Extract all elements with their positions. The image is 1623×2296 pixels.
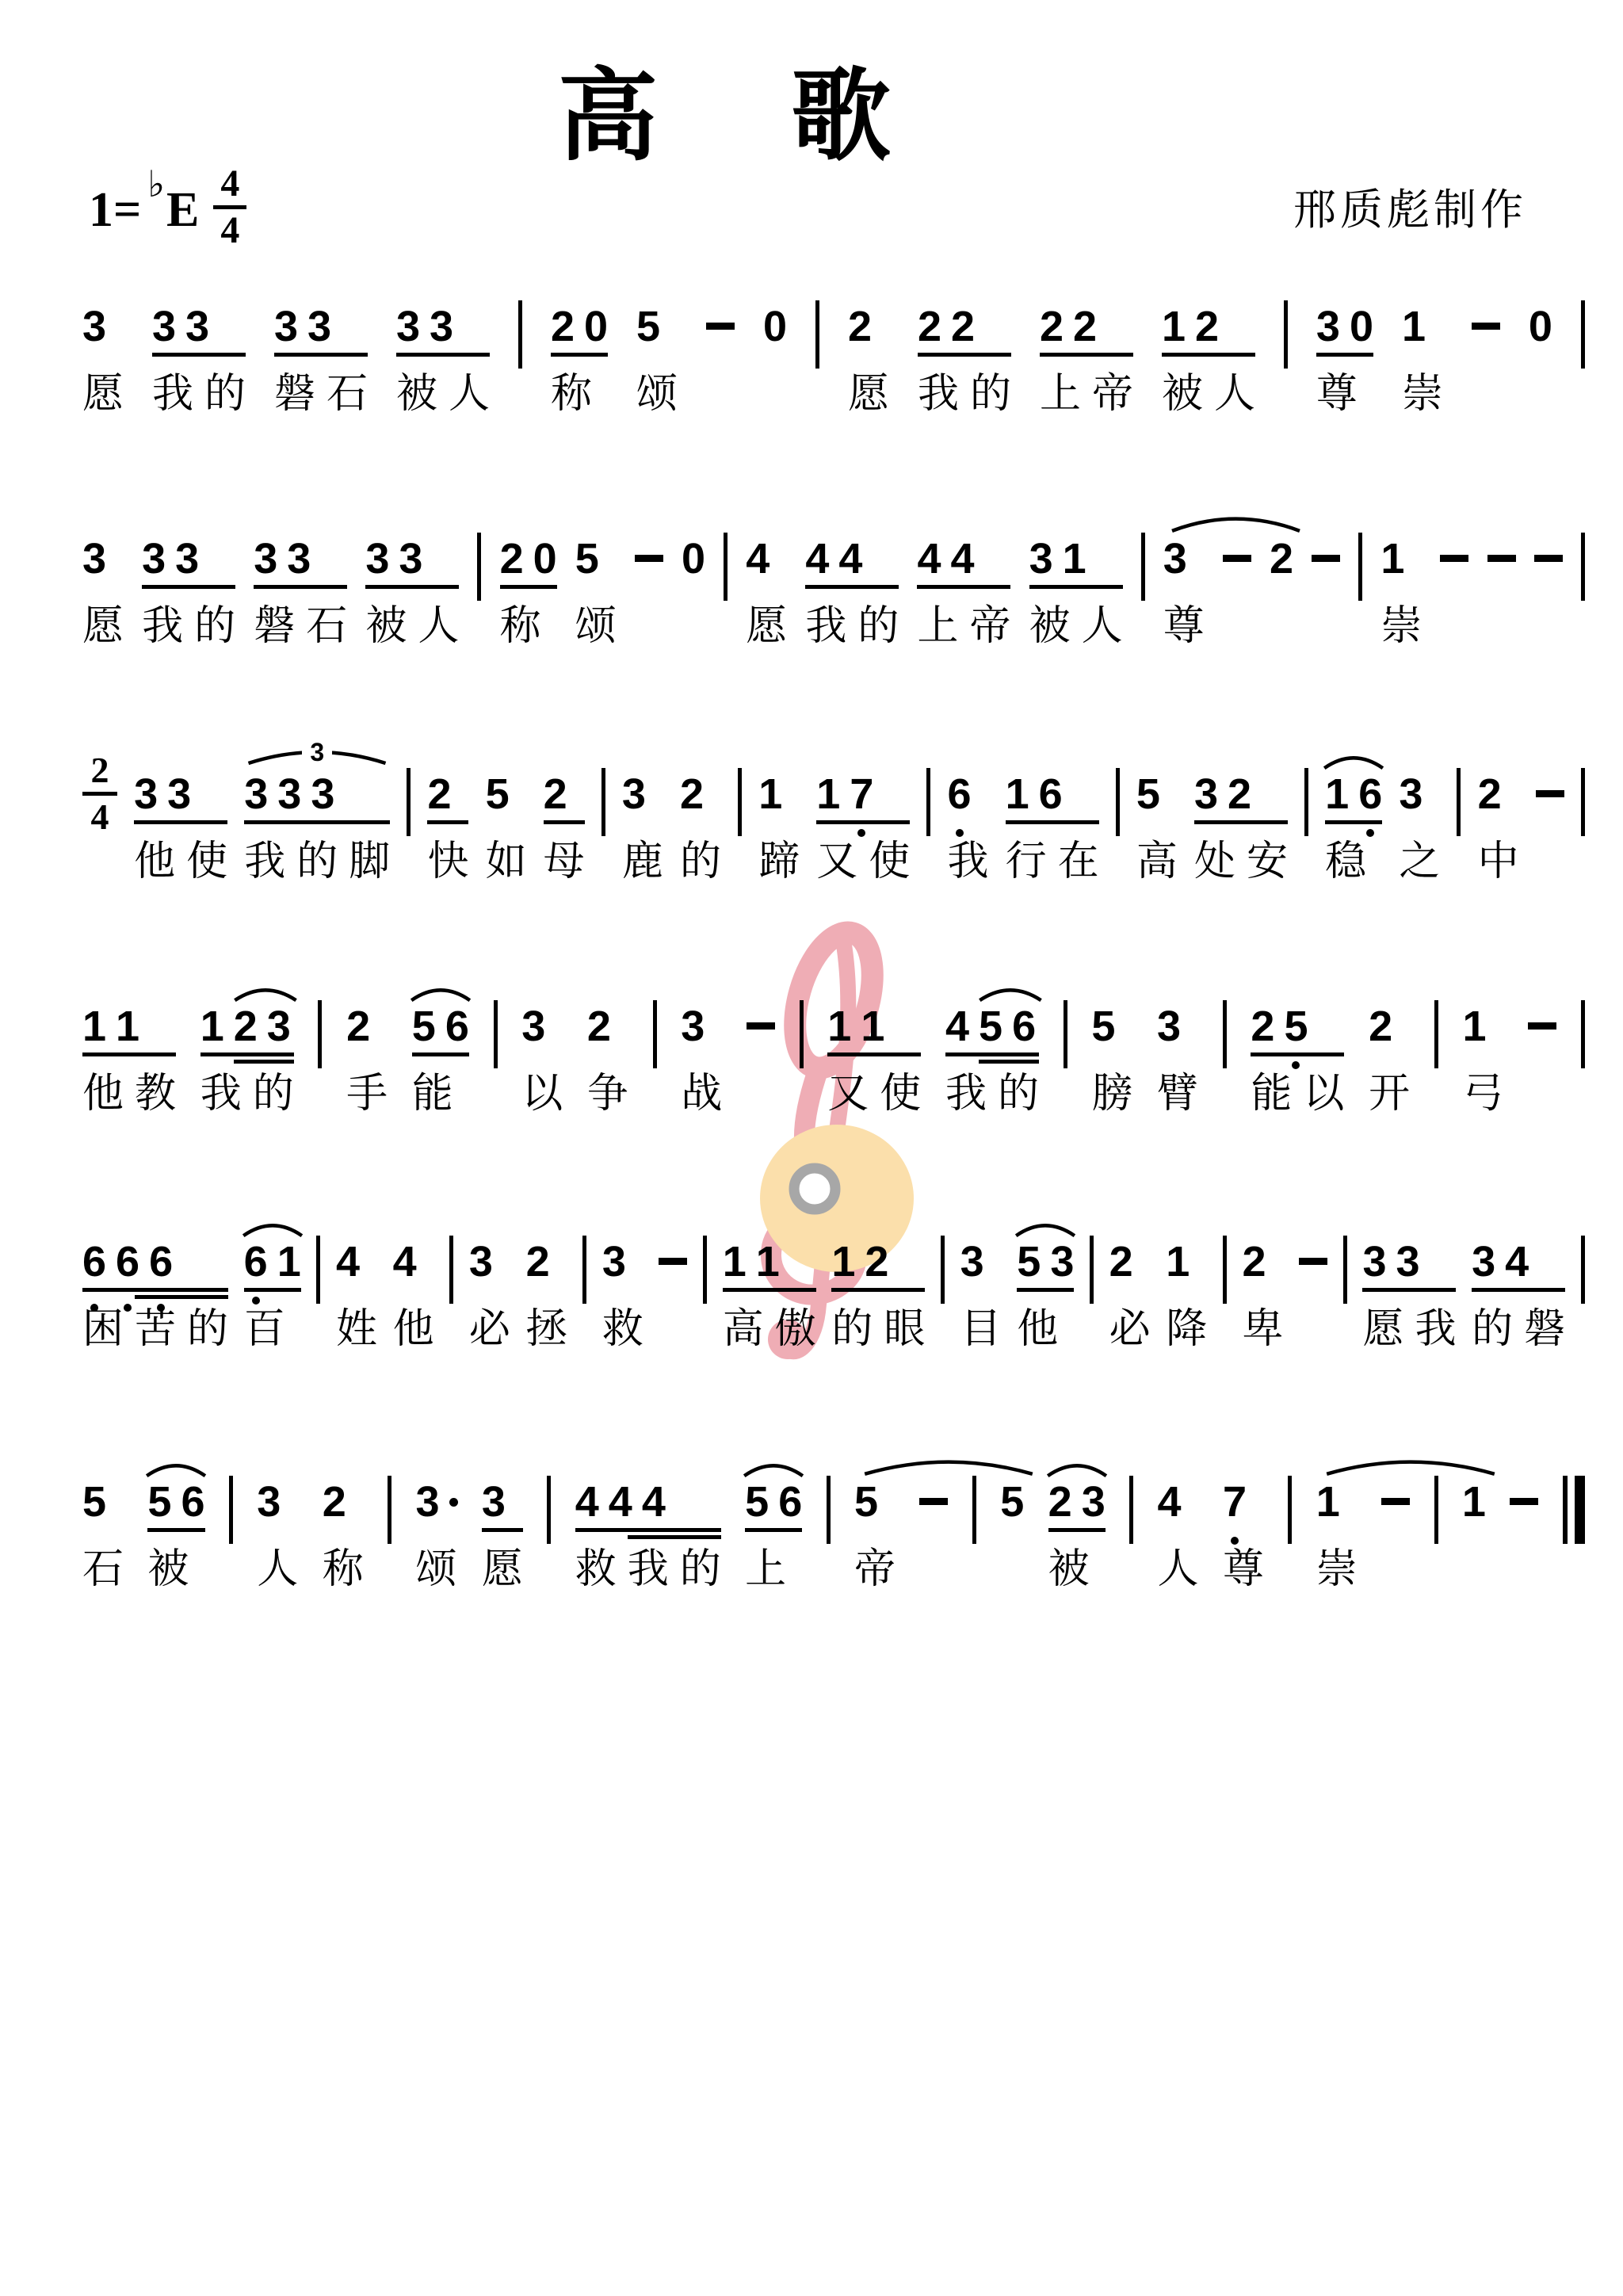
note-digit: 3 [142,537,166,580]
lyric: 蹄 [758,841,800,882]
barline [1284,300,1288,369]
barline [1581,768,1585,836]
note-digits: 5 [575,537,617,580]
note-unit: 33被人 [396,305,490,415]
eighth-underline [1251,1052,1344,1056]
lyric-char: 愿 [482,1549,523,1590]
duration-dash [1534,555,1563,562]
note-digits: 3 [415,1480,457,1523]
lyric-char: 颂 [636,373,678,415]
lyric-char: 上 [1040,373,1081,415]
meter-denominator: 4 [220,212,239,250]
eighth-underline [1316,353,1373,357]
tie-arc [241,1220,304,1237]
note-digit: 3 [960,1240,984,1283]
lyric-char: 臂 [1157,1073,1198,1114]
note-unit: 56被 [147,1480,204,1590]
eighth-underline [412,1052,469,1056]
note-digit: 5 [575,537,599,580]
lyric: 他使 [134,841,227,882]
lyric: 困苦的 [82,1308,228,1350]
note-unit: 4他 [393,1240,434,1350]
note-unit: 5石 [82,1480,124,1590]
note-digit: 5 [854,1480,878,1523]
note-digit: 3 [1396,1240,1419,1283]
lyric-char: 上 [917,606,958,647]
lyric: 拯 [526,1308,567,1350]
note-digit: 2 [1195,305,1219,348]
note-unit: 1弓 [1462,1005,1503,1114]
lyric: 磐石 [274,373,368,415]
lyric: 我的 [805,606,899,647]
note-unit: 17又使 [816,773,910,882]
lyric: 崇 [1381,606,1422,647]
lyric: 能以 [1251,1073,1344,1114]
barline [1129,1476,1133,1544]
lyric: 尊 [1223,1549,1264,1590]
note-digits: 33 [134,773,227,816]
note-digit: 5 [486,773,510,816]
note-digits: 56 [147,1480,204,1523]
note-unit: 33我的 [142,537,235,647]
lyric-char: 被 [1162,373,1203,415]
lyric-char: 上 [745,1549,786,1590]
lyric: 愿 [848,373,889,415]
lyric-char: 尊 [1316,373,1358,415]
lyric-char: 帝 [854,1549,896,1590]
staff-line-5: 666困苦的61百4姓4他3必2拯3救11高傲12的眼3目53他2必1降2卑33… [82,1217,1585,1350]
lyric-char: 石 [306,606,347,647]
note-digit: 3 [287,537,311,580]
lyric-char: 称 [323,1549,364,1590]
note-digit: 2 [680,773,704,816]
lyric-char: 我 [142,606,183,647]
barline [601,768,605,836]
note-digit: 0 [763,305,787,348]
note-digit: 3 [482,1480,506,1523]
note-unit: 11他教 [82,1005,176,1114]
note-digits: 33 [365,537,459,580]
lyric-char: 安 [1247,841,1288,882]
lyric: 的磐 [1472,1308,1565,1350]
title-char-1: 高 [558,68,658,168]
note-unit: 33我的 [152,305,246,415]
note-unit: 2争 [587,1005,628,1114]
note-unit: 4愿 [746,537,787,647]
note-unit: 44上帝 [917,537,1010,647]
lyric: 弓 [1462,1073,1503,1114]
note-unit: 23被 [1048,1480,1106,1590]
note-digits: 2 [848,305,889,348]
credit: 邢质彪制作 [1293,189,1527,231]
eighth-underline [152,353,246,357]
note-digits: 23 [1048,1480,1106,1523]
barline [1223,1000,1227,1068]
lyric-char: 拯 [526,1308,567,1350]
note-digit: 4 [1505,1240,1529,1283]
note-digits: 4 [393,1240,434,1283]
note-digits: 2 [346,1005,388,1048]
lyric-char: 愿 [746,606,787,647]
lyric-char: 膀 [1091,1073,1132,1114]
note-digit: 1 [723,1240,747,1283]
duration-dash [1528,1022,1556,1030]
note-digits: 0 [682,537,705,580]
lyric-char: 他 [393,1308,434,1350]
note-digit: 1 [1006,773,1029,816]
lyric-char: 能 [412,1073,453,1114]
note-digit: 2 [918,305,941,348]
note-digits: 33 [254,537,347,580]
note-digit: 4 [642,1480,666,1523]
lyric: 尊 [1163,606,1205,647]
note-unit: 7尊 [1223,1480,1264,1590]
lyric: 处安 [1194,841,1288,882]
note-digit: 3 [399,537,422,580]
lyric-char: 愿 [82,373,124,415]
lyric-char: 快 [427,841,468,882]
note-digit: 3 [257,1480,281,1523]
lyric-char: 又 [827,1073,869,1114]
barline [1116,768,1120,836]
tie-arc-cross [857,1455,1040,1476]
duration-dash [1536,790,1564,797]
note-unit: 5帝 [854,1480,896,1590]
note-digit: 1 [861,1005,884,1048]
flat-icon: ♭ [147,166,165,203]
lyric-char: 使 [186,841,227,882]
lyric-char: 又 [816,841,857,882]
note-digit: 6 [778,1480,802,1523]
note-digit: 6 [948,773,972,816]
barline [477,533,481,601]
note-digits: 1 [758,773,800,816]
lyric: 能 [412,1073,469,1114]
lyric-char: 愿 [1362,1308,1403,1350]
note-digit: 2 [1109,1240,1133,1283]
note-unit: 56能 [412,1005,469,1114]
note-digit: 4 [575,1480,599,1523]
key-prefix: 1= [89,185,141,235]
note-unit: 5颂 [636,305,678,415]
note-unit: 3以 [521,1005,563,1114]
note-digits: 1 [1166,1240,1207,1283]
note-digit: 4 [336,1240,360,1283]
lyric-char: 行 [1006,841,1047,882]
lyric-char: 被 [1048,1549,1090,1590]
lyric-char: 颂 [575,606,617,647]
note-unit: 1崇 [1381,537,1422,647]
lyric-char: 姓 [336,1308,377,1350]
note-digit: 1 [1462,1480,1486,1523]
lyric-char: 石 [327,373,368,415]
note-unit: 2称 [323,1480,364,1590]
note-digits: 5 [1000,1480,1024,1523]
lyric: 的 [680,841,721,882]
key-signature: 1= ♭ E 4 4 [89,165,246,250]
barline [1581,300,1585,369]
note-digit: 2 [848,305,872,348]
note-digits: 3 [82,305,124,348]
lyric-char: 傲 [775,1308,816,1350]
note-digit: 0 [1350,305,1373,348]
lyric-char: 我 [945,1073,987,1114]
note-digits: 3 [521,1005,563,1048]
note-digit: 5 [1136,773,1160,816]
eighth-underline [831,1288,925,1292]
lyric: 手 [346,1073,388,1114]
note-digits: 12 [1162,305,1255,348]
note-digits: 2 [1109,1240,1151,1283]
lyric: 上 [745,1549,802,1590]
lyric-char: 我 [948,841,989,882]
note-digit: 3 [267,1005,291,1048]
tie-arc [1045,1460,1109,1477]
duration-dash [1381,1498,1410,1505]
lyric: 颂 [636,373,678,415]
note-digits: 3 [681,1005,722,1048]
sixteenth-underline [628,1535,721,1539]
staff-line-1: 3愿33我的33磐石33被人20称5颂02愿22我的22上帝12被人30尊1崇0 [82,281,1585,415]
lyric: 我的 [945,1073,1039,1114]
lyric: 必 [1109,1308,1151,1350]
note-digit: 3 [1082,1480,1106,1523]
note-digit: 2 [1228,773,1251,816]
eighth-underline [917,585,1010,589]
note-digits: 0 [1529,305,1552,348]
note-unit: 0 [763,305,787,373]
lyric-char: 降 [1166,1308,1207,1350]
note-digits: 3 [469,1240,510,1283]
note-digits: 2 [1270,537,1293,580]
note-digits: 56 [412,1005,469,1048]
barline [1141,533,1145,601]
lyric-char: 手 [346,1073,388,1114]
note-digit: 6 [1039,773,1063,816]
tie-arc [1322,752,1385,770]
note-unit: 2 [1270,537,1293,606]
note-unit: 16行在 [1006,773,1099,882]
note-unit: 4人 [1158,1480,1199,1590]
eighth-underline [1017,1288,1074,1292]
barline [547,1476,551,1544]
note-digit: 2 [323,1480,346,1523]
lyric: 他 [393,1308,434,1350]
eighth-underline [745,1528,802,1532]
sheet-music-page: 高 歌 1= ♭ E 4 4 邢质彪制作 3愿33我的33磐石33被人20称5颂… [0,0,1623,2296]
note-digit: 2 [500,537,524,580]
note-digit: 1 [277,1240,301,1283]
note-unit: 12的眼 [831,1240,925,1350]
note-digit: 3 [365,537,389,580]
note-unit: 44我的 [805,537,899,647]
note-digit: 1 [831,1240,855,1283]
note-digit: 4 [1158,1480,1182,1523]
low-octave-dot [1231,1537,1239,1545]
note-digits: 3 [257,1480,298,1523]
lyric: 人 [1158,1549,1199,1590]
lyric: 必 [469,1308,510,1350]
barline [653,1000,657,1068]
meter-numerator: 4 [220,165,239,203]
note-unit: 3之 [1399,773,1440,882]
note-digit: 4 [945,1005,969,1048]
eighth-underline [945,1052,1039,1056]
lyric: 行在 [1006,841,1099,882]
note-unit: 2中 [1478,773,1519,882]
note-digit: 3 [521,1005,545,1048]
note-digits: 22 [1040,305,1133,348]
title-char-2: 歌 [791,68,891,168]
eighth-underline [805,585,899,589]
note-unit: 2快 [427,773,468,882]
lyric-char: 人 [1214,373,1255,415]
note-digit: 3 [1194,773,1218,816]
barline [972,1476,976,1544]
lyric-char: 能 [1251,1073,1292,1114]
note-digits: 444 [575,1480,721,1523]
note-digits: 5 [1136,773,1178,816]
note-unit: 1降 [1166,1240,1207,1350]
note-unit: 33磐石 [274,305,368,415]
note-unit: 3人 [257,1480,298,1590]
final-bar-thick [1575,1476,1585,1544]
note-digit: 3 [307,305,331,348]
note-digit: 2 [1270,537,1293,580]
lyric-char: 的 [970,373,1011,415]
note-digits: 33 [152,305,246,348]
low-octave-dot [1292,1061,1300,1069]
note-digits: 3 [482,1480,523,1523]
note-digit: 4 [805,537,829,580]
barline [827,1476,831,1544]
barline [518,300,522,369]
note-digits: 3 [602,1240,643,1283]
note-digits: 33 [142,537,235,580]
tie-arc-cross [1319,1455,1502,1476]
note-digits: 20 [500,537,557,580]
note-unit: 33被人 [365,537,459,647]
note-digits: 1 [1316,1480,1358,1523]
lyric-char: 我 [918,373,959,415]
barline [449,1236,453,1304]
duration-dash [1487,555,1516,562]
eighth-underline [1006,820,1099,824]
note-unit: 1蹄 [758,773,800,882]
lyric-char: 弓 [1462,1073,1503,1114]
barline [388,1476,391,1544]
lyric-char: 处 [1194,841,1235,882]
note-digit: 6 [181,1480,204,1523]
note-digits: 3 [1163,537,1205,580]
note-digit: 1 [816,773,840,816]
lyric-char: 我 [244,841,285,882]
lyric: 颂 [415,1549,457,1590]
note-digits: 61 [244,1240,301,1283]
lyric-char: 开 [1369,1073,1410,1114]
barline [1223,1236,1227,1304]
note-digits: 22 [918,305,1011,348]
duration-dash [747,1022,775,1030]
lyric-char: 被 [396,373,437,415]
note-unit: 20称 [551,305,608,415]
lyric-char: 高 [723,1308,764,1350]
eighth-underline [134,820,227,824]
barline [1064,1000,1067,1068]
note-unit: 5如 [486,773,527,882]
eighth-underline [575,1528,721,1532]
note-digits: 456 [945,1005,1039,1048]
note-digits: 11 [82,1005,176,1048]
note-digit: 6 [1012,1005,1036,1048]
note-unit: 33磐石 [254,537,347,647]
barline [1090,1236,1094,1304]
note-digit: 3 [622,773,646,816]
lyric-char: 卑 [1243,1308,1284,1350]
note-digits: 4 [746,537,787,580]
low-octave-dot [1366,829,1374,837]
note-digit: 6 [445,1005,469,1048]
lyric-char: 帝 [969,606,1010,647]
lyric: 如 [486,841,527,882]
note-unit: 31被人 [1029,537,1123,647]
lyric: 姓 [336,1308,377,1350]
note-digit: 1 [758,773,782,816]
lyric: 母 [544,841,585,882]
eighth-underline [147,1528,204,1532]
note-unit: 5 [1000,1480,1024,1549]
barline [229,1476,233,1544]
note-digits: 2 [526,1240,567,1283]
lyric-char: 救 [575,1549,617,1590]
note-digits: 4 [1158,1480,1199,1523]
duration-dash [1299,1258,1327,1265]
note-digits: 3 [82,537,124,580]
time-sig-numerator: 2 [91,752,109,789]
lyric: 又使 [816,841,910,882]
lyric: 上帝 [917,606,1010,647]
lyric: 愿我 [1362,1308,1456,1350]
note-digit: 2 [587,1005,611,1048]
note-unit: 1崇 [1316,1480,1358,1590]
note-digit: 6 [1358,773,1382,816]
note-digit: 3 [1029,537,1053,580]
note-digits: 2 [1243,1240,1284,1283]
eighth-underline [396,353,490,357]
barline [724,533,727,601]
note-digits: 1 [1402,305,1443,348]
note-digit: 6 [82,1240,106,1283]
lyric-char: 脚 [349,841,390,882]
note-digits: 32 [1194,773,1288,816]
note-unit: 2母 [544,773,585,882]
barline [316,1236,320,1304]
barline [1457,768,1461,836]
lyric-char: 石 [82,1549,124,1590]
time-sig-denominator: 4 [91,799,109,835]
note-digits: 16 [1325,773,1382,816]
barline [318,1000,322,1068]
note-unit: 2必 [1109,1240,1151,1350]
note-unit: 3臂 [1157,1005,1198,1114]
note-unit: 22我的 [918,305,1011,415]
lyric: 愿 [82,606,124,647]
duration-dash [659,1258,687,1265]
note-digit: 3 [277,773,301,816]
eighth-underline [482,1528,523,1532]
tie-arc [409,984,472,1002]
note-unit: 34的磐 [1472,1240,1565,1350]
